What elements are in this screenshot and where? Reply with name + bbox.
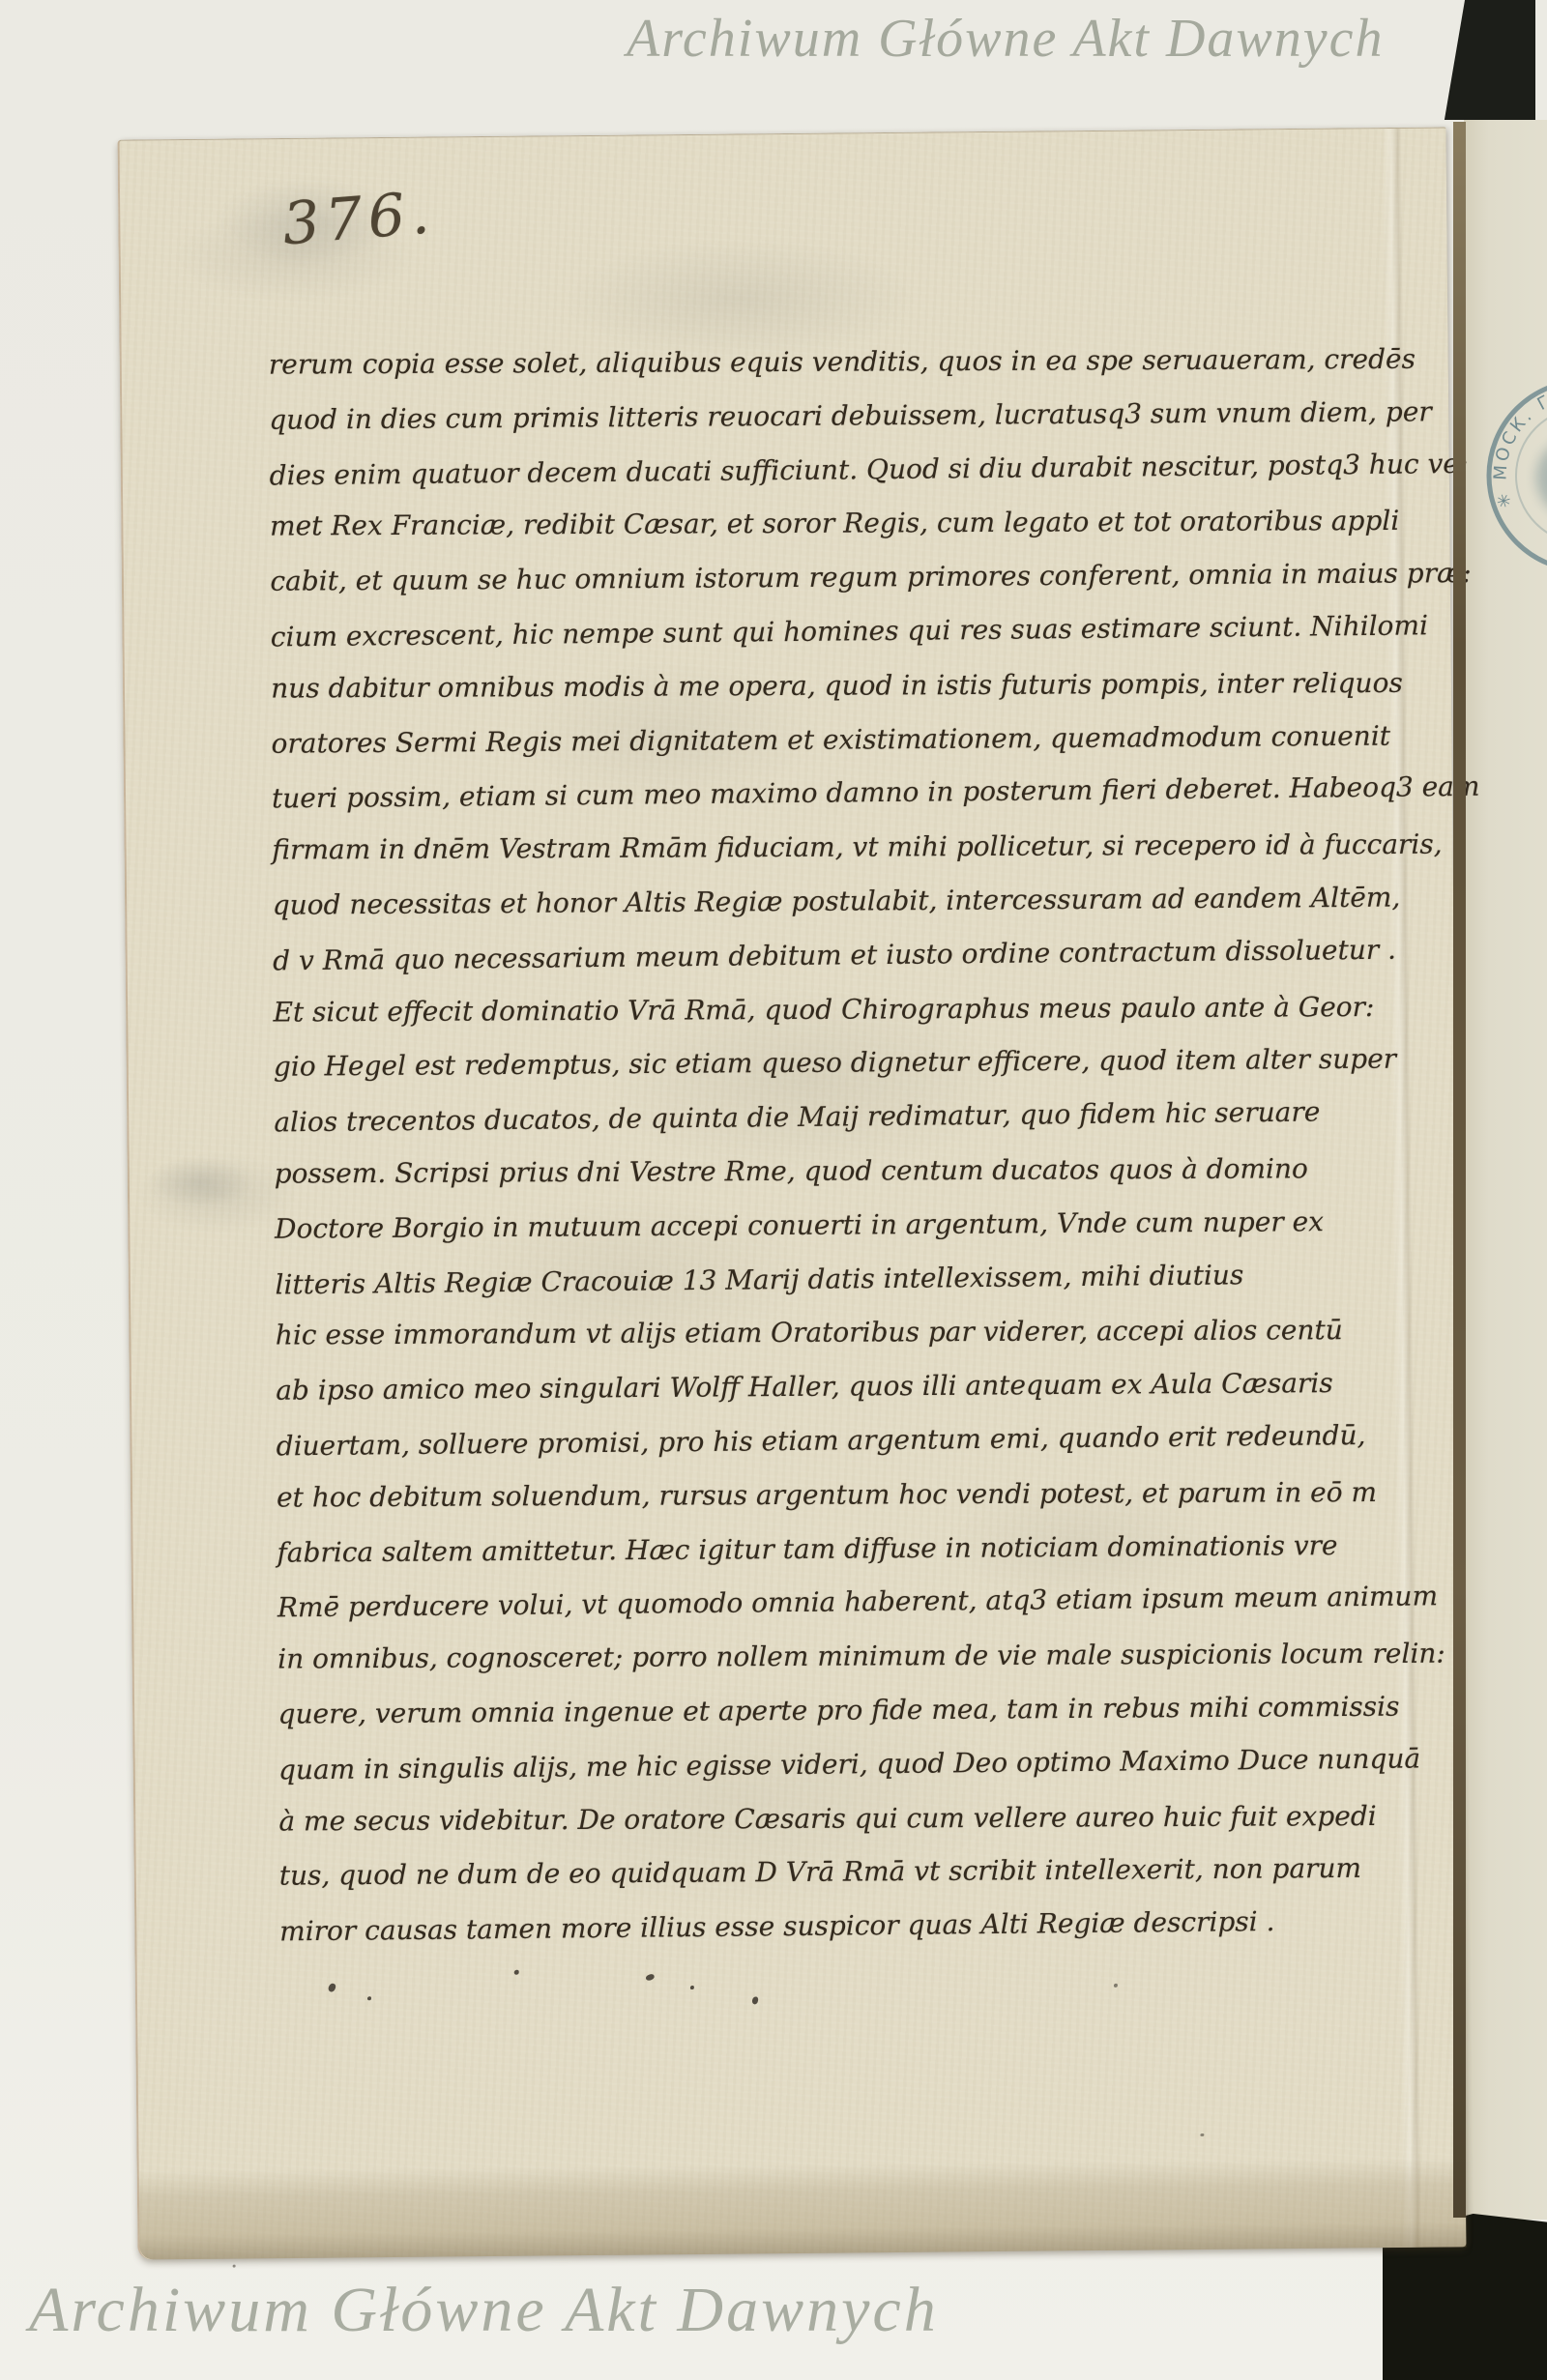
manuscript-line: tus, quod ne dum de eo quidquam D Vrā Rm…: [279, 1842, 1341, 1902]
stamp-emblem: [1536, 433, 1547, 522]
manuscript-line: quod in dies cum primis litteris reuocar…: [269, 386, 1330, 447]
manuscript-line: firmam in dnēm Vestram Rmām fiduciam, vt…: [272, 818, 1333, 877]
manuscript-line: oratores Sermi Regis mei dignitatem et e…: [271, 710, 1332, 770]
manuscript-page: 376. rerum copia esse solet, aliquibus e…: [118, 127, 1467, 2259]
page-bottom-curl: [139, 2158, 1467, 2259]
manuscript-line: Doctore Borgio in mutuum accepi conuerti…: [275, 1195, 1336, 1256]
manuscript-line: quod necessitas et honor Altis Regiæ pos…: [273, 871, 1334, 932]
archive-stamp: ✳ МОСК. ГЛ.: [1458, 350, 1547, 601]
manuscript-scan: ✳ МОСК. ГЛ. 376. rerum copia esse solet,…: [0, 0, 1547, 2380]
margin-smudge: [147, 1156, 253, 1207]
ink-blot: [514, 1970, 519, 1975]
manuscript-line: tueri possim, etiam si cum meo maximo da…: [272, 762, 1334, 827]
manuscript-line: quam in singulis alijs, me hic egisse vi…: [278, 1732, 1341, 1797]
ink-blot: [1200, 2133, 1204, 2136]
manuscript-line: litteris Altis Regiæ Cracouiæ 13 Marij d…: [275, 1247, 1337, 1312]
ink-blot: [645, 1973, 655, 1981]
page-fold: [1382, 129, 1421, 2248]
manuscript-line: possem. Scripsi prius dni Vestre Rme, qu…: [275, 1142, 1336, 1201]
manuscript-line: met Rex Franciæ, redibit Cæsar, et soror…: [270, 495, 1331, 554]
folio-number: 376.: [280, 179, 438, 258]
manuscript-line: à me secus videbitur. De oratore Cæsaris…: [278, 1789, 1340, 1848]
manuscript-text-block: rerum copia esse solet, aliquibus equis …: [269, 332, 1342, 1958]
manuscript-line: ab ipso amico meo singulari Wolff Haller…: [276, 1356, 1337, 1417]
binding-strip-top: [1443, 0, 1535, 120]
manuscript-line: Rmē perducere volui, vt quomodo omnia ha…: [277, 1571, 1340, 1636]
manuscript-line: d v Rmā quo necessarium meum debitum et …: [273, 923, 1335, 988]
manuscript-line: diuertam, solluere promisi, pro his etia…: [276, 1408, 1338, 1473]
manuscript-line: nus dabitur omnibus modis à me opera, qu…: [271, 656, 1332, 715]
ink-blot: [328, 1983, 337, 1993]
manuscript-line: dies enim quatuor decem ducati sufficiun…: [269, 438, 1331, 503]
manuscript-line: fabrica saltem amittetur. Hæc igitur tam…: [277, 1519, 1338, 1580]
ink-blot: [367, 1996, 371, 2000]
manuscript-line: et hoc debitum soluendum, rursus argentu…: [277, 1466, 1338, 1524]
manuscript-line: miror causas tamen more illius esse susp…: [279, 1894, 1342, 1959]
manuscript-line: alios trecentos ducatos, de quinta die M…: [274, 1085, 1336, 1149]
ink-blot: [233, 2265, 236, 2268]
manuscript-line: in omnibus, cognosceret; porro nollem mi…: [277, 1627, 1339, 1686]
manuscript-line: rerum copia esse solet, aliquibus equis …: [269, 333, 1330, 392]
ink-blot: [690, 1986, 694, 1989]
manuscript-line: cabit, et quum se huc omnium istorum reg…: [270, 547, 1331, 608]
manuscript-line: quere, verum omnia ingenue et aperte pro…: [277, 1680, 1339, 1741]
archive-watermark-top: Archiwum Główne Akt Dawnych: [627, 8, 1384, 70]
manuscript-line: hic esse immorandum vt alijs etiam Orato…: [276, 1304, 1337, 1363]
manuscript-line: Et sicut effecit dominatio Vrā Rmā, quod…: [273, 980, 1334, 1039]
ink-blot: [751, 1996, 758, 2005]
manuscript-line: gio Hegel est redemptus, sic etiam queso…: [274, 1032, 1335, 1093]
archive-watermark-bottom: Archiwum Główne Akt Dawnych: [29, 2274, 939, 2347]
manuscript-line: cium excrescent, hic nempe sunt qui homi…: [271, 599, 1333, 664]
ink-blot: [1114, 1984, 1118, 1988]
